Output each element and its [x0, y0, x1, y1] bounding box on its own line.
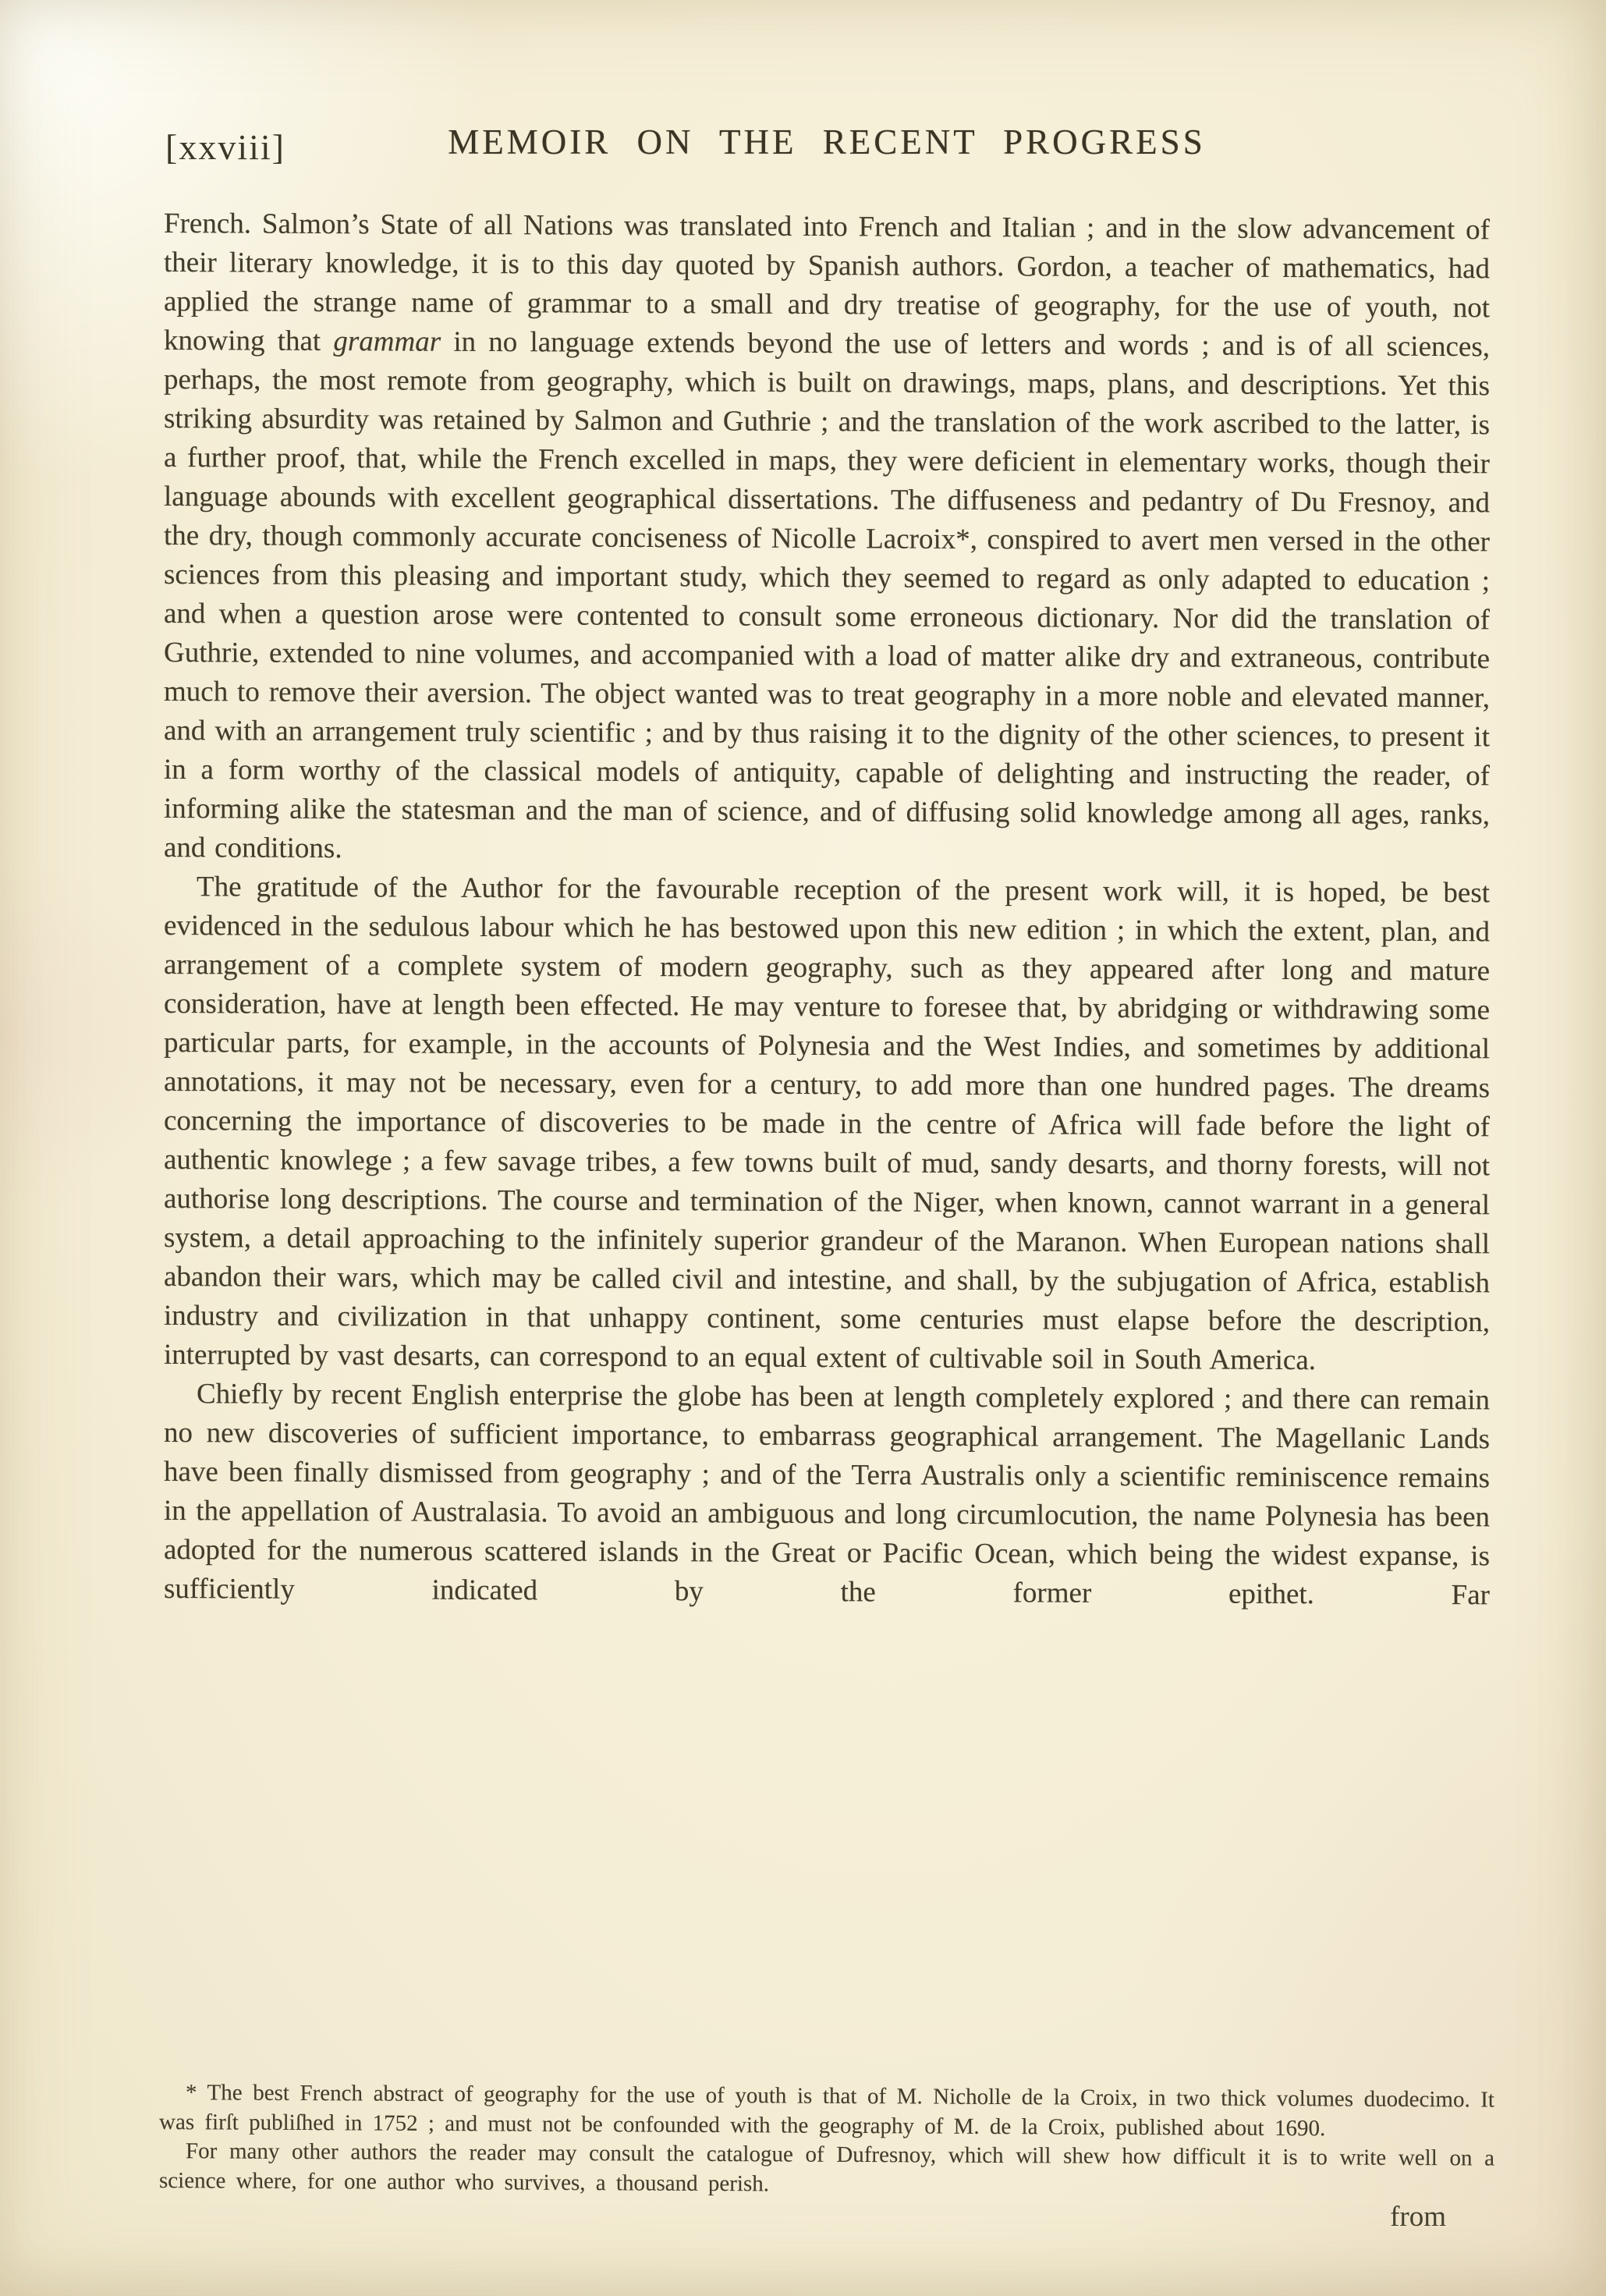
text-run: The gratitude of the Author for the favo…: [164, 871, 1490, 1376]
paragraph: The gratitude of the Author for the favo…: [164, 868, 1490, 1381]
scanned-book-page: { "colors": { "paper": "#f5eed6", "ink":…: [0, 0, 1606, 2296]
catchword: from: [1390, 2200, 1446, 2234]
book-page: [xxviii] MEMOIR ON THE RECENT PROGRESS F…: [0, 0, 1606, 2296]
paragraph: French. Salmon’s State of all Nations wa…: [164, 204, 1490, 874]
folio-number: [xxviii]: [165, 126, 285, 168]
footnotes: * The best French abstract of geography …: [159, 2078, 1494, 2203]
paragraph: Chiefly by recent English enterprise the…: [164, 1375, 1490, 1615]
text-run: in no language extends beyond the use of…: [164, 326, 1490, 864]
paragraph: For many other authors the reader may co…: [159, 2137, 1494, 2203]
catchword-line: from: [164, 2200, 1490, 2234]
italic-text: grammar: [333, 325, 441, 358]
body-text: French. Salmon’s State of all Nations wa…: [164, 204, 1490, 1615]
text-run: * The best French abstract of geography …: [159, 2080, 1494, 2141]
paragraph: * The best French abstract of geography …: [159, 2078, 1494, 2145]
running-title: MEMOIR ON THE RECENT PROGRESS: [164, 122, 1490, 162]
page-header: [xxviii] MEMOIR ON THE RECENT PROGRESS: [164, 122, 1490, 176]
text-run: For many other authors the reader may co…: [159, 2138, 1494, 2196]
text-run: Chiefly by recent English enterprise the…: [164, 1378, 1490, 1611]
